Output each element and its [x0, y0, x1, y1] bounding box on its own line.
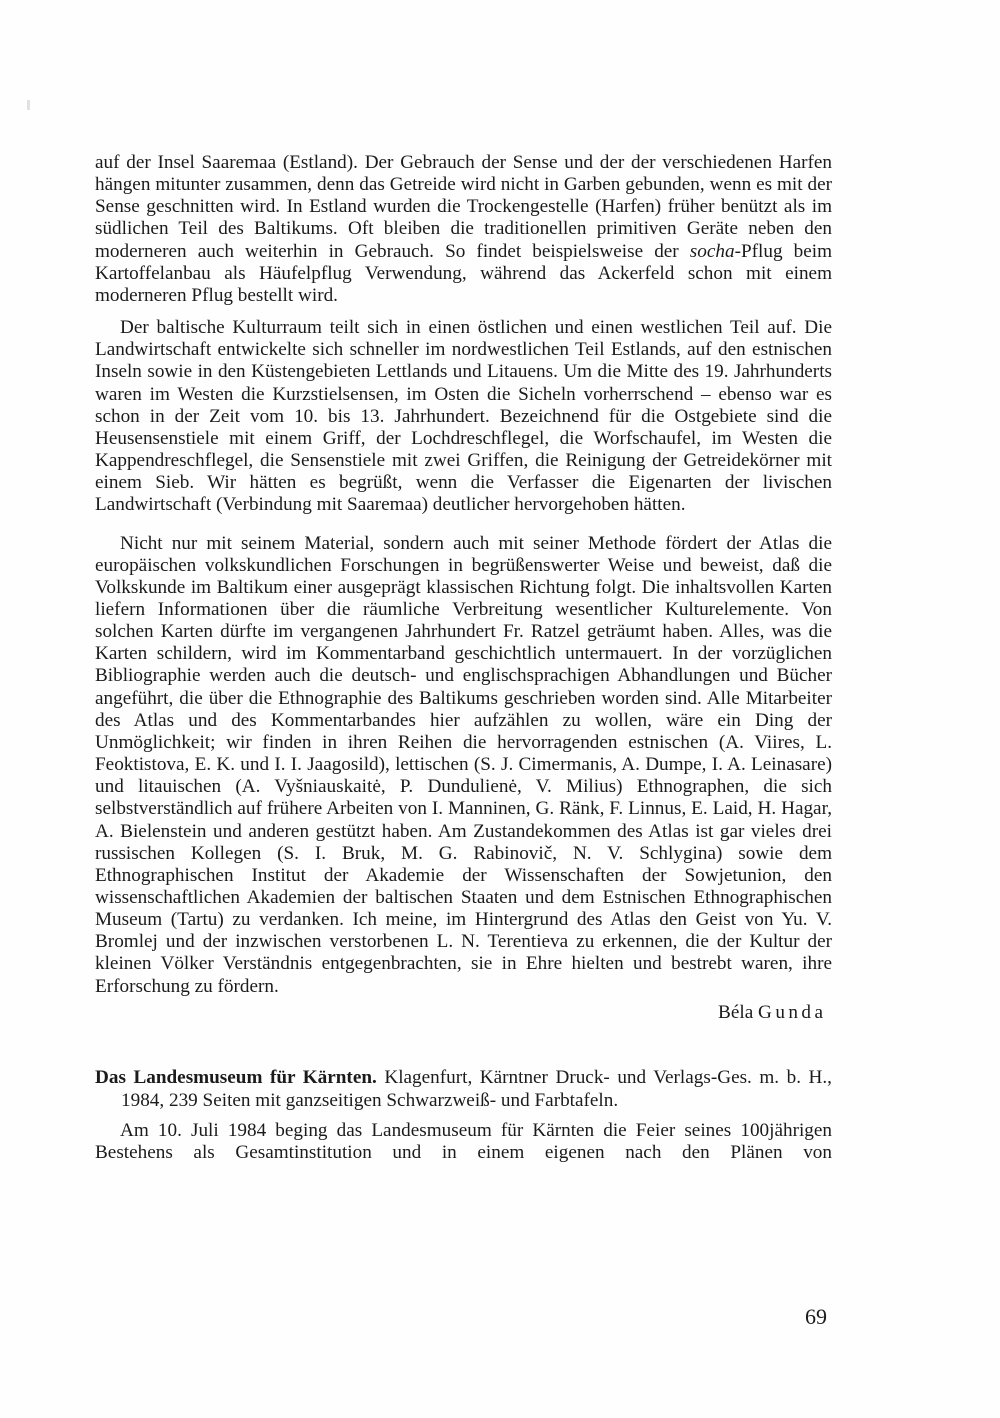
paragraph-continuation: auf der Insel Saaremaa (Estland). Der Ge… [95, 152, 832, 307]
page-number: 69 [805, 1305, 827, 1329]
review-landesmuseum-section: Das Landesmuseum für Kärnten. Klagenfurt… [95, 1066, 832, 1164]
author-first-name: Béla [718, 1002, 753, 1023]
review-atlas-section: auf der Insel Saaremaa (Estland). Der Ge… [95, 152, 832, 1024]
review-author-signature: Béla Gunda [95, 1002, 832, 1024]
italic-term: socha [690, 241, 735, 262]
paragraph: Am 10. Juli 1984 beging das Landesmuseum… [95, 1120, 832, 1164]
paragraph: Nicht nur mit seinem Material, sondern a… [95, 533, 832, 998]
author-last-name: Gunda [758, 1002, 826, 1023]
book-title: Das Landesmuseum für Kärnten. [95, 1067, 377, 1088]
paragraph: Der baltische Kulturraum teilt sich in e… [95, 317, 832, 516]
scan-artifact [27, 100, 30, 110]
text-column: auf der Insel Saaremaa (Estland). Der Ge… [95, 152, 832, 1164]
scanned-book-page: auf der Insel Saaremaa (Estland). Der Ge… [0, 0, 1000, 1418]
bibliographic-heading: Das Landesmuseum für Kärnten. Klagenfurt… [95, 1066, 832, 1112]
